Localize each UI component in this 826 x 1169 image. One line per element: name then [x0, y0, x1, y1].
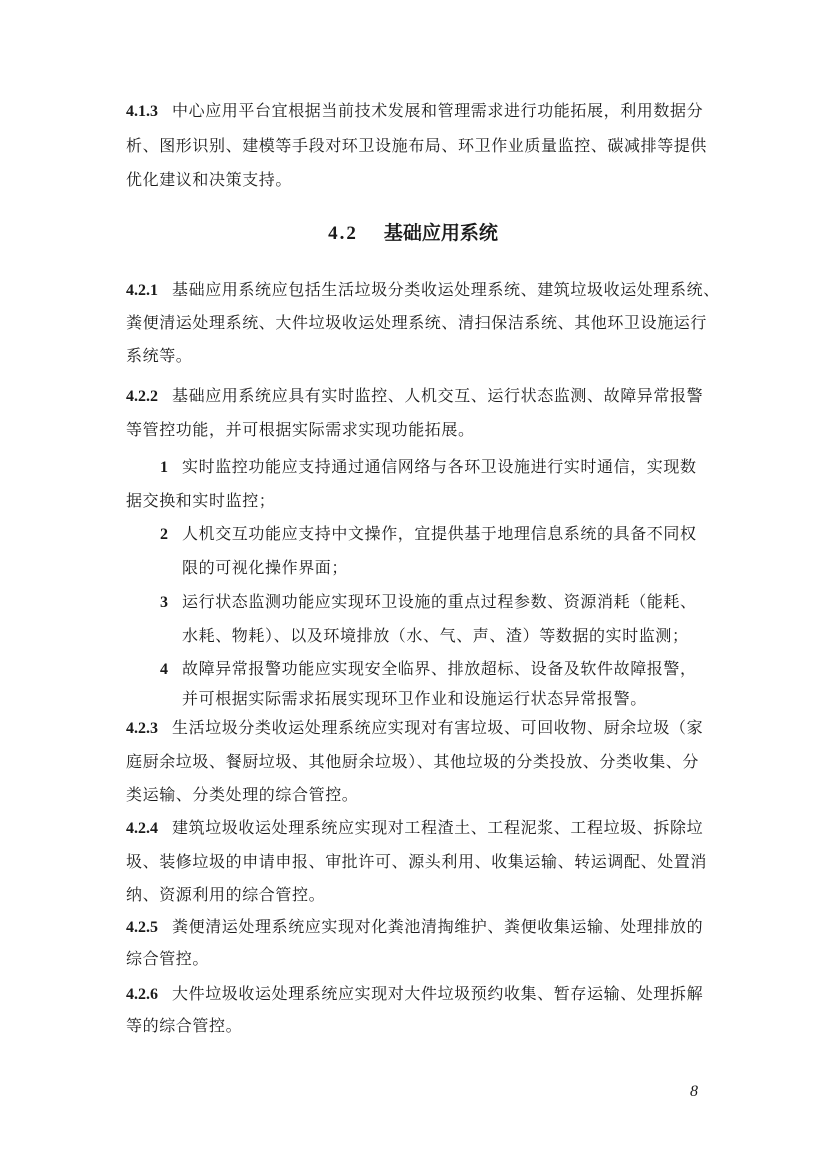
- document-page: 4.1.3中心应用平台宜根据当前技术发展和管理需求进行功能拓展，利用数据分 析、…: [0, 0, 826, 1169]
- clause-4-2-2-line-1: 4.2.2基础应用系统应具有实时监控、人机交互、运行状态监测、故障异常报警: [126, 386, 703, 407]
- list-item-3-line-2: 水耗、物耗）、以及环境排放（水、气、声、渣）等数据的实时监测；: [182, 626, 689, 646]
- clause-4-1-3-line-1: 4.1.3中心应用平台宜根据当前技术发展和管理需求进行功能拓展，利用数据分: [126, 101, 703, 122]
- clause-4-2-4-line-2: 圾、装修垃圾的申请申报、审批许可、源头利用、收集运输、转运调配、处置消: [126, 852, 707, 872]
- clause-4-2-4-line-1: 4.2.4建筑垃圾收运处理系统应实现对工程渣土、工程泥浆、工程垃圾、拆除垃: [126, 818, 703, 839]
- clause-4-2-5-line-2: 综合管控。: [126, 949, 209, 969]
- clause-4-2-3-line-3: 类运输、分类处理的综合管控。: [126, 785, 358, 805]
- clause-4-2-6-line-1: 4.2.6大件垃圾收运处理系统应实现对大件垃圾预约收集、暂存运输、处理拆解: [126, 984, 703, 1005]
- list-item-3-line-1: 3运行状态监测功能应实现环卫设施的重点过程参数、资源消耗（能耗、: [160, 592, 697, 613]
- clause-4-1-3-line-3: 优化建议和决策支持。: [126, 170, 292, 190]
- list-item-1-line-2: 据交换和实时监控；: [126, 491, 275, 511]
- list-item-4-line-1: 4故障异常报警功能应实现安全临界、排放超标、设备及软件故障报警，: [160, 659, 697, 680]
- clause-number: 4.2.3: [126, 720, 158, 737]
- clause-4-2-1-line-1: 4.2.1基础应用系统应包括生活垃圾分类收运处理系统、建筑垃圾收运处理系统、: [126, 280, 720, 301]
- list-item-2-line-2: 限的可视化操作界面；: [182, 558, 348, 578]
- clause-4-1-3-line-2: 析、图形识别、建模等手段对环卫设施布局、环卫作业质量监控、碳减排等提供: [126, 136, 707, 156]
- clause-number: 4.2.6: [126, 986, 158, 1003]
- list-item-4-line-2: 并可根据实际需求拓展实现环卫作业和设施运行状态异常报警。: [182, 689, 647, 709]
- clause-number: 4.2.5: [126, 919, 158, 936]
- clause-number: 4.2.2: [126, 388, 158, 405]
- list-item-1-line-1: 1实时监控功能应支持通过通信网络与各环卫设施进行实时通信，实现数: [160, 457, 697, 478]
- clause-4-2-3-line-2: 庭厨余垃圾、餐厨垃圾、其他厨余垃圾）、其他垃圾的分类投放、分类收集、分: [126, 752, 699, 772]
- clause-number: 4.2.4: [126, 820, 158, 837]
- clause-4-2-2-line-2: 等管控功能，并可根据实际需求实现功能拓展。: [126, 420, 475, 440]
- page-number: 8: [690, 1083, 698, 1101]
- clause-4-2-1-line-3: 系统等。: [126, 346, 192, 366]
- clause-4-2-1-line-2: 粪便清运处理系统、大件垃圾收运处理系统、清扫保洁系统、其他环卫设施运行: [126, 313, 707, 333]
- section-heading: 4.2基础应用系统: [0, 218, 826, 245]
- clause-4-2-6-line-2: 等的综合管控。: [126, 1016, 242, 1036]
- clause-4-2-3-line-1: 4.2.3生活垃圾分类收运处理系统应实现对有害垃圾、可回收物、厨余垃圾（家: [126, 718, 703, 739]
- clause-number: 4.1.3: [126, 103, 158, 120]
- list-item-2-line-1: 2人机交互功能应支持中文操作，宜提供基于地理信息系统的具备不同权: [160, 524, 697, 545]
- clause-4-2-4-line-3: 纳、资源利用的综合管控。: [126, 885, 325, 905]
- clause-4-2-5-line-1: 4.2.5粪便清运处理系统应实现对化粪池清掏维护、粪便收集运输、处理排放的: [126, 917, 703, 938]
- clause-number: 4.2.1: [126, 282, 158, 299]
